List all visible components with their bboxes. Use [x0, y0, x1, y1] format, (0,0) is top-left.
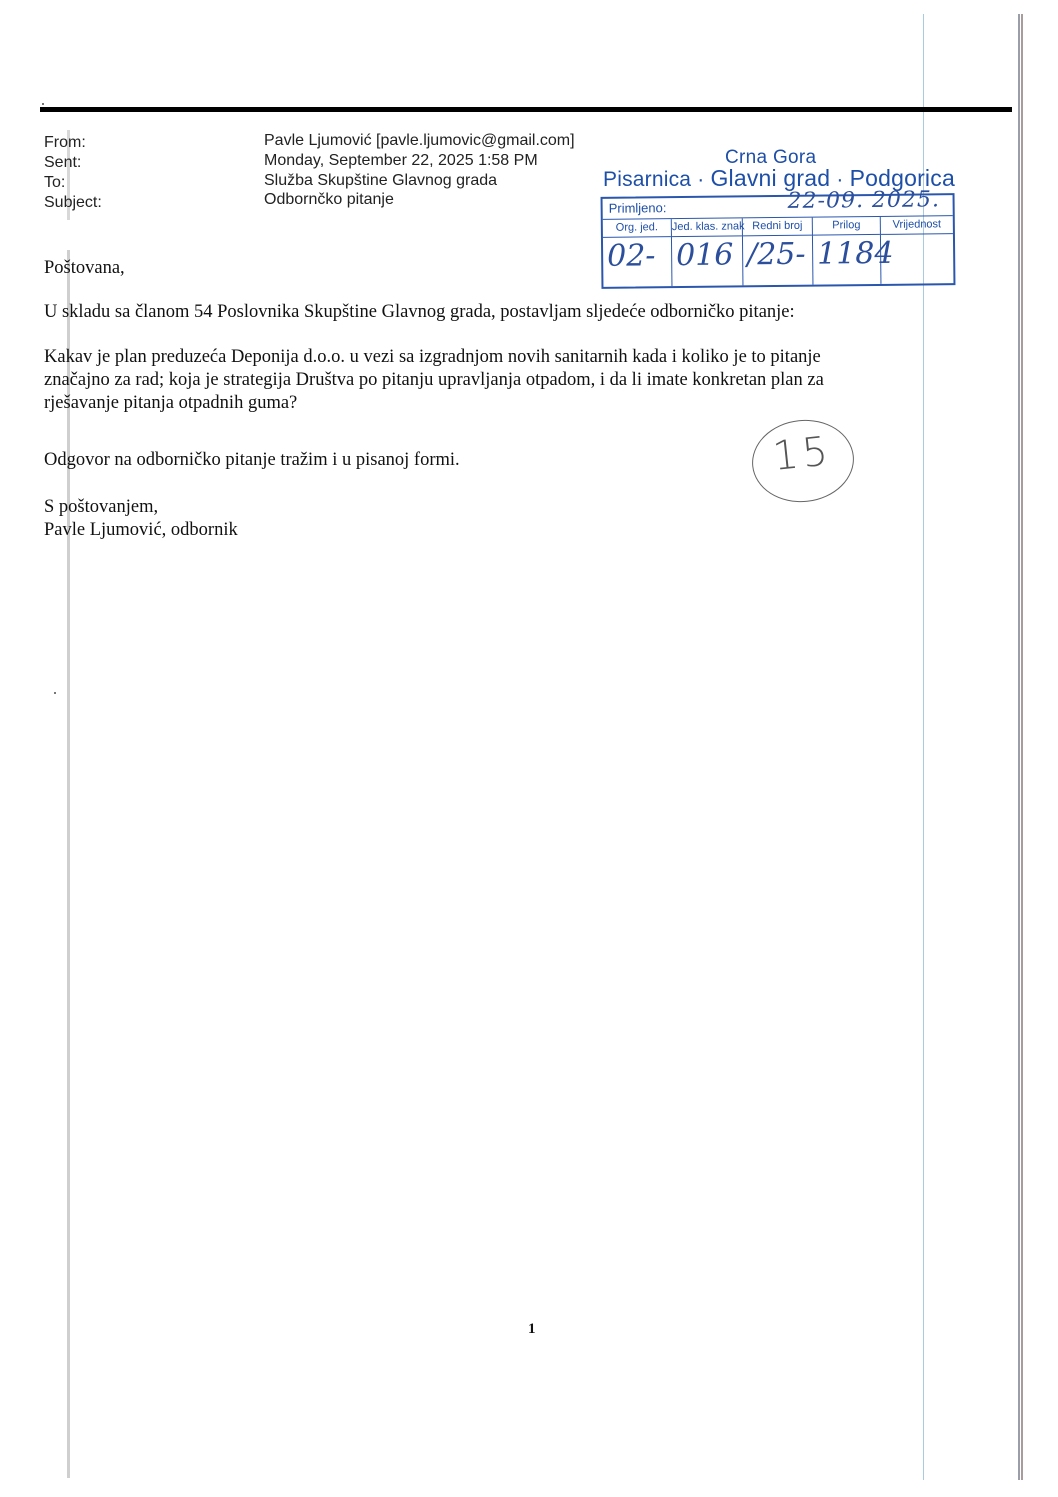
salutation: Poštovana,	[44, 257, 125, 280]
stamp-office-mid: Glavni grad	[710, 165, 830, 191]
stamp-col-attachment: Prilog 1184	[813, 217, 882, 285]
signature: Pavle Ljumović, odbornik	[44, 519, 238, 542]
stamp-received-date: 22-09. 2025.	[787, 187, 940, 214]
page-number: 1	[528, 1321, 536, 1338]
stamp-columns: Org. jed. 02- Jed. klas. znak 016 Redni …	[603, 216, 954, 287]
stamp-col-org: Org. jed. 02-	[603, 219, 673, 287]
subject-label: Subject:	[44, 195, 102, 211]
scan-artifact-line	[67, 250, 70, 1478]
scan-artifact-line	[1018, 14, 1020, 1480]
handwritten-circled-number: 15	[748, 415, 858, 507]
request-paragraph: Odgovor na odborničko pitanje tražim i u…	[44, 449, 460, 472]
stamp-col-number: Redni broj /25-	[743, 218, 814, 286]
registry-stamp: Crna Gora Pisarnica · Glavni grad · Podg…	[600, 145, 960, 295]
to-value: Služba Skupštine Glavnog grada	[264, 173, 497, 189]
from-label: From:	[44, 135, 86, 151]
sent-label: Sent:	[44, 155, 81, 171]
header-divider	[40, 107, 1012, 112]
intro-paragraph: U skladu sa članom 54 Poslovnika Skupšti…	[44, 301, 795, 324]
question-line: Kakav je plan preduzeća Deponija d.o.o. …	[44, 346, 821, 369]
stamp-table: Primljeno: 22-09. 2025. Org. jed. 02- Je…	[601, 193, 956, 289]
question-line: značajno za rad; koja je strategija Druš…	[44, 369, 824, 392]
scan-artifact-line	[1021, 14, 1023, 1480]
scan-speck	[54, 692, 56, 694]
stamp-col-class: Jed. klas. znak 016	[672, 218, 744, 286]
question-line: rješavanje pitanja otpadnih guma?	[44, 392, 297, 415]
stamp-col-value: Vrijednost	[881, 216, 954, 284]
from-value: Pavle Ljumović [pavle.ljumovic@gmail.com…	[264, 133, 575, 149]
to-label: To:	[44, 175, 65, 191]
scan-speck	[42, 103, 44, 105]
closing: S poštovanjem,	[44, 496, 158, 519]
scanned-document-page: From: Pavle Ljumović [pavle.ljumovic@gma…	[0, 0, 1058, 1497]
sent-value: Monday, September 22, 2025 1:58 PM	[264, 153, 538, 169]
subject-value: Odbornčko pitanje	[264, 192, 394, 208]
stamp-received-label: Primljeno:	[609, 200, 667, 216]
stamp-office-left: Pisarnica	[603, 168, 691, 191]
